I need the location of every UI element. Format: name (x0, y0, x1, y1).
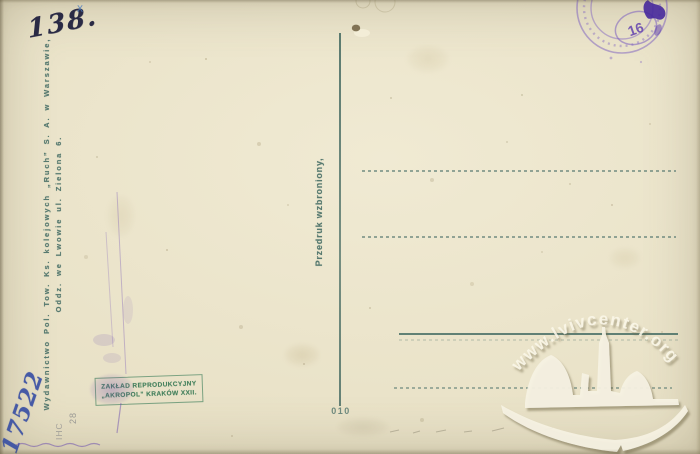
divider-line (339, 33, 341, 406)
ink-smudge (93, 334, 115, 346)
publisher-line-2: Oddz. we Lwowie ul. Zielona 6. (53, 33, 65, 415)
embossed-ring (356, 0, 370, 8)
ink-smudge (89, 374, 134, 406)
ink-dot (640, 61, 642, 63)
paper-stain (408, 46, 448, 72)
watermark: www.lvivcenter.org (485, 295, 700, 454)
handwritten-number: 138. (26, 1, 99, 45)
repro-stamp: ZAKŁAD REPRODUKCYJNY „AKROPOL” KRAKÓW XX… (95, 374, 204, 406)
blue-ink-mark (76, 4, 84, 12)
ink-smudge (103, 353, 121, 363)
postmark-arc-text-illegible (584, 0, 660, 46)
address-line-2 (362, 236, 676, 238)
postmark-number: 16 (626, 19, 646, 39)
address-line-3 (399, 333, 678, 335)
postmark-outer-ring (577, 0, 667, 53)
paper-stain (108, 196, 134, 236)
postcard-scan: Wydawnictwo Pol. Tow. Ks. kolejowych „Ru… (0, 0, 700, 454)
scan-edge (0, 449, 700, 454)
scan-edge (0, 0, 700, 3)
address-line-3-underline (399, 339, 678, 341)
ink-squiggle (16, 444, 100, 447)
postmark-inner-ring (591, 0, 653, 39)
watermark-text-arc: www.lvivcenter.org (507, 309, 683, 374)
paper-speckles (0, 0, 2, 2)
paper-damage-highlight (354, 29, 370, 37)
paper-stain (285, 344, 319, 366)
scan-edge (0, 0, 4, 454)
paper-stain (610, 248, 640, 268)
card-number: 010 (328, 406, 354, 416)
pencil-mark: IHC (54, 422, 64, 440)
pencil-mark: 28 (68, 412, 78, 424)
postmark-center-oval (611, 6, 661, 49)
faint-stamp-edge-line (106, 232, 113, 347)
watermark-text: www.lvivcenter.org (507, 309, 683, 374)
scan-edge (696, 0, 700, 454)
publisher-line-1: Wydawnictwo Pol. Tow. Ks. kolejowych „Ru… (41, 33, 53, 415)
ink-blot (644, 0, 666, 20)
circular-postmark-stamp: 16 (545, 0, 700, 105)
ink-blot-drip (653, 23, 663, 37)
ink-dot (610, 57, 613, 60)
address-line-1 (362, 170, 676, 172)
ink-smudge (123, 296, 133, 324)
open-book-icon (501, 405, 688, 452)
address-line-4 (394, 387, 672, 389)
embossed-ring (375, 0, 395, 12)
paper-stain (338, 418, 388, 436)
paper-damage-spot (352, 25, 360, 32)
pencil-scribbles (390, 428, 553, 433)
stamp-tail-line (117, 403, 121, 433)
publisher-imprint: Wydawnictwo Pol. Tow. Ks. kolejowych „Ru… (41, 33, 65, 415)
copyright-notice: Przedruk wzbroniony, (314, 157, 324, 267)
